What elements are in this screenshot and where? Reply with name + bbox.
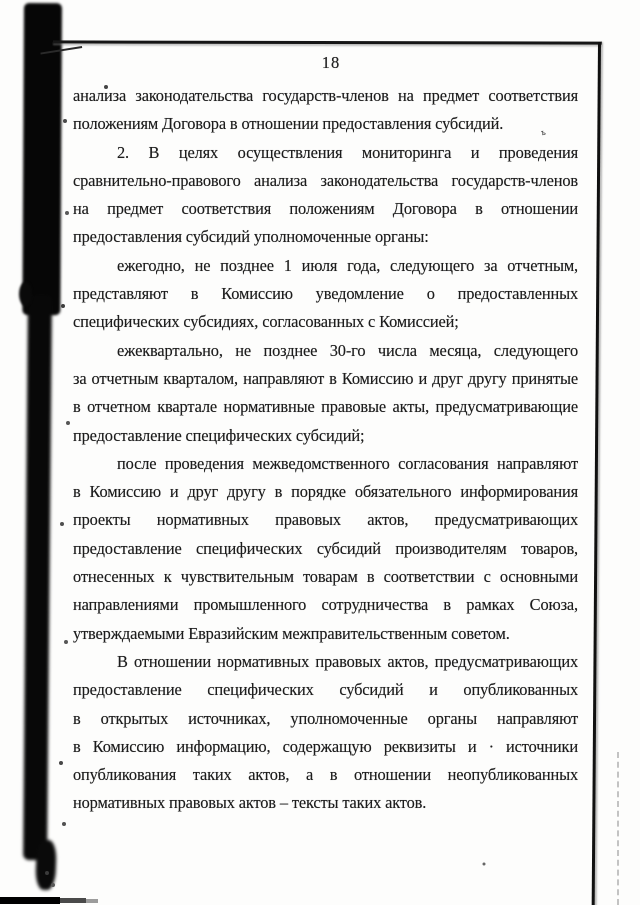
text-line: специфических субсидиях, согласованных с…	[73, 308, 578, 336]
bottom-scan-bar-tail	[86, 899, 98, 903]
page-number: 18	[300, 53, 362, 73]
paragraph: ежеквартально, не позднее 30-го числа ме…	[73, 337, 578, 450]
text-line: направлениями промышленного сотрудничест…	[73, 591, 578, 619]
page-edge-right-line	[592, 42, 601, 905]
text-line: в Комиссию информацию, содержащую реквиз…	[73, 733, 578, 761]
text-line: анализа законодательства государств-член…	[73, 82, 578, 110]
text-line: отнесенных к чувствительным товарам в со…	[73, 563, 578, 591]
text-line: опубликования таких актов, а в отношении…	[73, 761, 578, 789]
text-line: ежеквартально, не позднее 30-го числа ме…	[73, 337, 578, 365]
text-line: предоставление специфических субсидий пр…	[73, 535, 578, 563]
scanned-document-page: 18 ъ анализа законодательства государств…	[0, 0, 640, 905]
scan-speckles	[0, 0, 2, 2]
paragraph: ежегодно, не позднее 1 июля года, следую…	[73, 252, 578, 337]
text-line: в отчетном квартале нормативные правовые…	[73, 393, 578, 421]
text-line: нормативных правовых актов – тексты таки…	[73, 789, 578, 817]
text-line: предоставление специфических субсидий и …	[73, 676, 578, 704]
binding-shadow-tail	[35, 840, 57, 891]
binding-shadow-main	[23, 295, 52, 860]
bottom-scan-bar-ext	[60, 898, 86, 903]
text-line: 2. В целях осуществления мониторинга и п…	[73, 139, 578, 167]
text-line: в открытых источниках, уполномоченные ор…	[73, 705, 578, 733]
text-line: положениям Договора в отношении предоста…	[73, 110, 578, 138]
dotted-margin-line	[617, 752, 619, 905]
text-line: после проведения межведомственного согла…	[73, 450, 578, 478]
paragraph: анализа законодательства государств-член…	[73, 82, 578, 139]
text-line: ежегодно, не позднее 1 июля года, следую…	[73, 252, 578, 280]
text-line: на предмет соответствия положениям Догов…	[73, 195, 578, 223]
text-line: сравнительно-правового анализа законодат…	[73, 167, 578, 195]
paragraph: после проведения межведомственного согла…	[73, 450, 578, 648]
text-line: предоставление специфических субсидий;	[73, 422, 578, 450]
text-line: В отношении нормативных правовых актов, …	[73, 648, 578, 676]
text-line: за отчетным кварталом, направляют в Коми…	[73, 365, 578, 393]
text-line: предоставления субсидий уполномоченные о…	[73, 223, 578, 251]
bottom-scan-bar	[0, 897, 60, 904]
text-line: утверждаемыми Евразийским межправительст…	[73, 620, 578, 648]
paragraph: 2. В целях осуществления мониторинга и п…	[73, 139, 578, 252]
page-edge-top-line	[53, 40, 602, 44]
text-line: представляют в Комиссию уведомление о пр…	[73, 280, 578, 308]
text-line: в Комиссию и друг другу в порядке обязат…	[73, 478, 578, 506]
paragraph: В отношении нормативных правовых актов, …	[73, 648, 578, 818]
text-line: проекты нормативных правовых актов, пред…	[73, 506, 578, 534]
document-text: анализа законодательства государств-член…	[73, 82, 578, 818]
binding-shadow-bump	[19, 282, 32, 306]
